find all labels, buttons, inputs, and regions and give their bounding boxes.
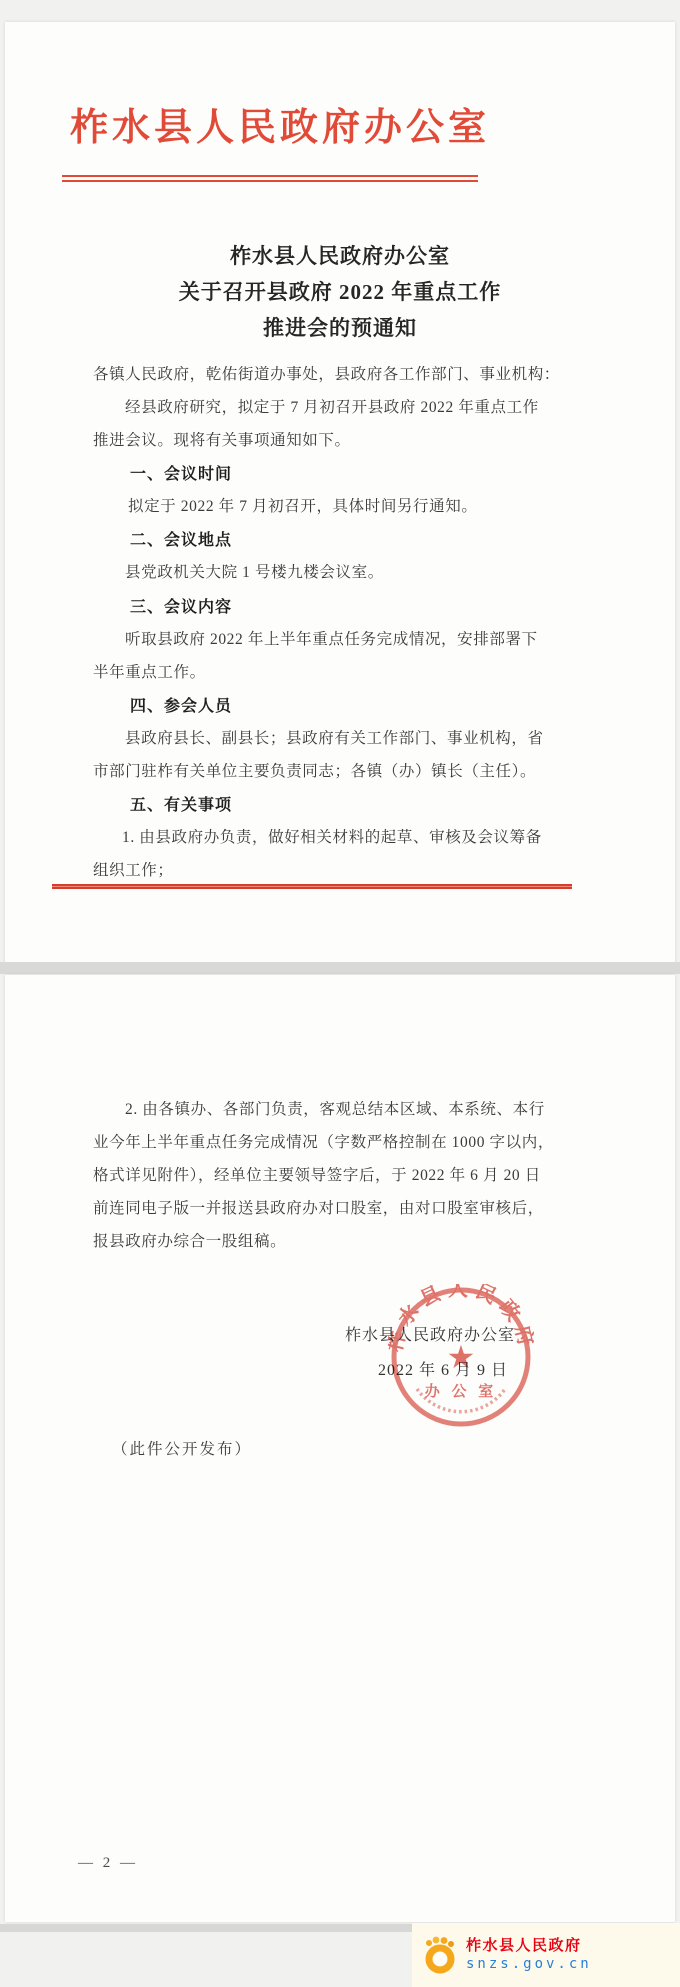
- section-heading-5: 五、有关事项: [130, 792, 232, 815]
- body-line: 2. 由各镇办、各部门负责，客观总结本区域、本系统、本行: [125, 1097, 545, 1119]
- seal-star-icon: ★: [447, 1339, 476, 1375]
- body-line: 格式详见附件），经单位主要领导签字后，于 2022 年 6 月 20 日: [93, 1163, 541, 1185]
- document-page-1: [5, 22, 675, 963]
- site-url[interactable]: snzs.gov.cn: [466, 1955, 592, 1973]
- section-heading-1: 一、会议时间: [130, 461, 232, 484]
- section-heading-2: 二、会议地点: [130, 527, 232, 550]
- body-line: 组织工作；: [93, 858, 174, 880]
- section-heading-4: 四、参会人员: [130, 693, 232, 716]
- page-number: — 2 —: [78, 1855, 138, 1872]
- letterhead-rule: [62, 175, 478, 182]
- site-name: 柞水县人民政府: [466, 1937, 592, 1955]
- site-logo-texts: 柞水县人民政府 snzs.gov.cn: [466, 1937, 592, 1973]
- document-title-line: 关于召开县政府 2022 年重点工作: [0, 274, 680, 310]
- document-title: 柞水县人民政府办公室 关于召开县政府 2022 年重点工作 推进会的预通知: [0, 238, 680, 346]
- body-line: 县党政机关大院 1 号楼九楼会议室。: [125, 560, 384, 582]
- body-line: 半年重点工作。: [93, 660, 206, 682]
- salutation-line: 各镇人民政府，乾佑街道办事处，县政府各工作部门、事业机构：: [93, 362, 560, 384]
- body-line: 1. 由县政府办负责，做好相关材料的起草、审核及会议筹备: [122, 825, 542, 847]
- body-line: 业今年上半年重点任务完成情况（字数严格控制在 1000 字以内，: [93, 1130, 554, 1152]
- document-title-line: 柞水县人民政府办公室: [0, 238, 680, 274]
- body-line: 拟定于 2022 年 7 月初召开，具体时间另行通知。: [128, 494, 477, 516]
- body-line: 听取县政府 2022 年上半年重点任务完成情况，安排部署下: [125, 627, 538, 649]
- body-line: 市部门驻柞有关单位主要负责同志；各镇（办）镇长（主任）。: [93, 759, 536, 781]
- document-title-line: 推进会的预通知: [0, 310, 680, 346]
- official-seal: 柞水县人民政府 ★ 办 公 室: [388, 1284, 534, 1430]
- footprint-logo-icon: [420, 1936, 460, 1974]
- body-line: 报县政府办综合一股组稿。: [93, 1229, 286, 1251]
- section-heading-3: 三、会议内容: [130, 594, 232, 617]
- seal-center-text: 办 公 室: [425, 1382, 498, 1400]
- publish-note: （此件公开发布）: [112, 1437, 252, 1459]
- page-gap-divider: [0, 962, 680, 974]
- body-line: 推进会议。现将有关事项通知如下。: [93, 428, 351, 450]
- body-line: 前连同电子版一并报送县政府办对口股室，由对口股室审核后，: [93, 1196, 544, 1218]
- letterhead-title: 柞水县人民政府办公室: [0, 96, 560, 151]
- page-break-red-line: [52, 884, 572, 889]
- document-scan: 柞水县人民政府办公室 柞水县人民政府办公室 关于召开县政府 2022 年重点工作…: [0, 0, 680, 1987]
- site-logo-link[interactable]: 柞水县人民政府 snzs.gov.cn: [412, 1923, 680, 1987]
- body-line: 经县政府研究，拟定于 7 月初召开县政府 2022 年重点工作: [125, 395, 539, 417]
- body-line: 县政府县长、副县长；县政府有关工作部门、事业机构，省: [125, 726, 544, 748]
